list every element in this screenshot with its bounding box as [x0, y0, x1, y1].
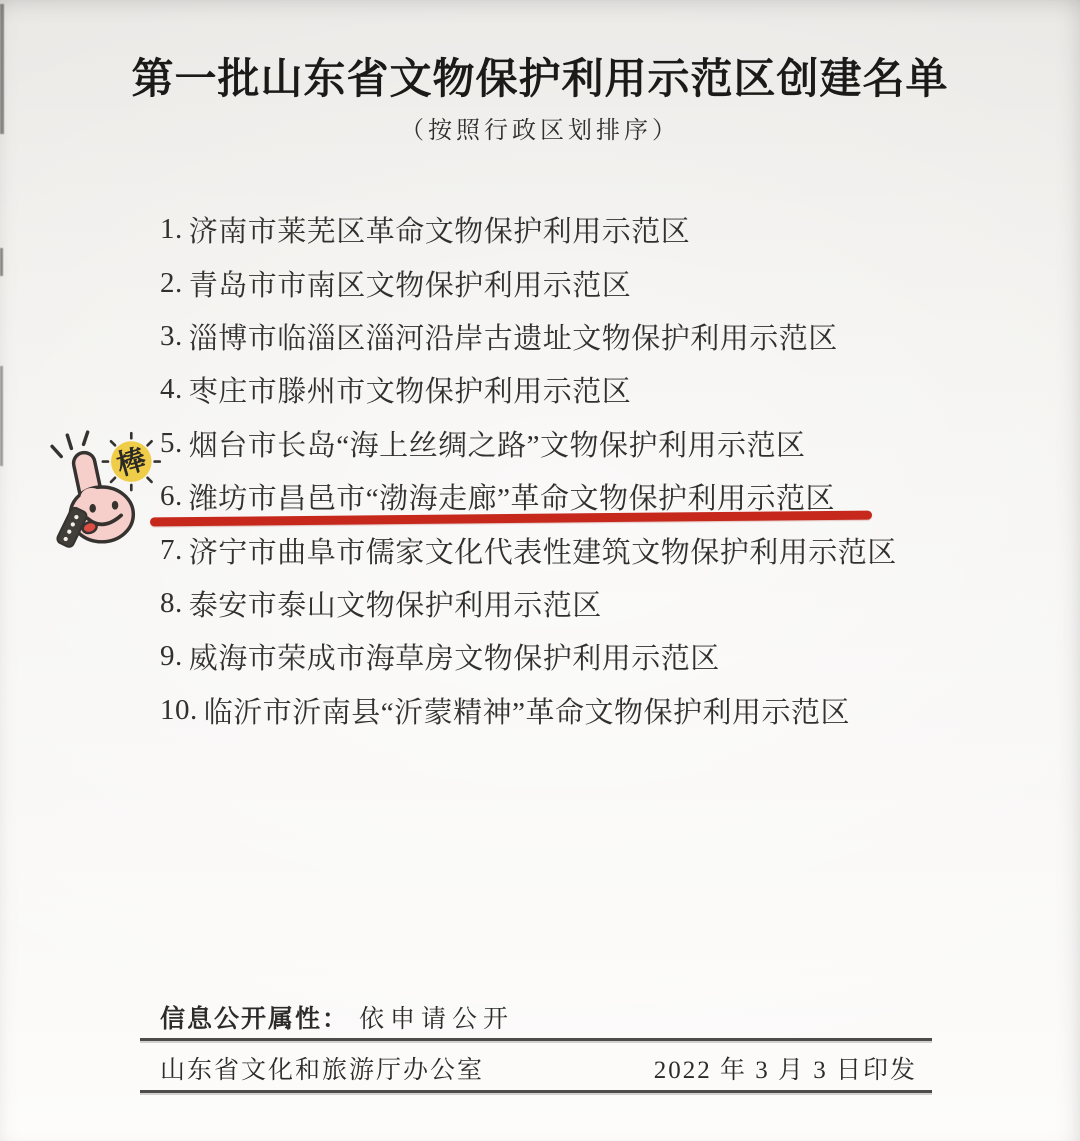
- item-text: 临沂市沂南县“沂蒙精神”革命文物保护利用示范区: [204, 690, 850, 731]
- emphasis-line-icon: [84, 432, 88, 444]
- item-text: 烟台市长岛“海上丝绸之路”文物保护利用示范区: [189, 423, 806, 464]
- item-text: 济宁市曲阜市儒家文化代表性建筑文物保护利用示范区: [189, 530, 897, 571]
- item-number: 8.: [160, 587, 183, 620]
- scan-edge-artifact: [0, 366, 3, 466]
- list-item: 2. 青岛市市南区文物保护利用示范区: [160, 256, 1020, 309]
- list-item: 1. 济南市莱芜区革命文物保护利用示范区: [160, 203, 1020, 256]
- list-item: 4. 枣庄市滕州市文物保护利用示范区: [160, 363, 1020, 416]
- page-title: 第一批山东省文物保护利用示范区创建名单: [0, 46, 1080, 106]
- document-page: 第一批山东省文物保护利用示范区创建名单 （按照行政区划排序） 1. 济南市莱芜区…: [0, 0, 1080, 1141]
- item-number: 2.: [160, 267, 183, 300]
- demo-zone-list: 1. 济南市莱芜区革命文物保护利用示范区 2. 青岛市市南区文物保护利用示范区 …: [160, 203, 1020, 737]
- item-number: 4.: [160, 373, 183, 406]
- emphasis-line-icon: [52, 446, 61, 456]
- item-number: 10.: [160, 694, 198, 727]
- emphasis-line-icon: [67, 435, 71, 448]
- list-item: 5. 烟台市长岛“海上丝绸之路”文物保护利用示范区: [160, 417, 1020, 470]
- issue-date: 2022 年 3 月 3 日印发: [654, 1050, 917, 1086]
- issuing-office: 山东省文化和旅游厅办公室: [160, 1050, 484, 1086]
- list-item: 8. 泰安市泰山文物保护利用示范区: [160, 577, 1020, 630]
- item-text: 枣庄市滕州市文物保护利用示范区: [189, 369, 632, 410]
- list-item: 10. 临沂市沂南县“沂蒙精神”革命文物保护利用示范区: [160, 684, 1020, 737]
- item-text: 青岛市市南区文物保护利用示范区: [189, 263, 632, 304]
- item-number: 1.: [160, 213, 183, 246]
- scan-edge-artifact: [0, 248, 3, 276]
- disclosure-label: 信息公开属性：: [160, 1006, 349, 1033]
- thumbs-up-sticker: 棒: [46, 428, 178, 550]
- page-subtitle: （按照行政区划排序）: [0, 110, 1080, 145]
- item-text: 济南市莱芜区革命文物保护利用示范区: [189, 209, 691, 250]
- list-item: 9. 威海市荣成市海草房文物保护利用示范区: [160, 630, 1020, 683]
- item-number: 3.: [160, 320, 183, 353]
- list-item: 3. 淄博市临淄区淄河沿岸古遗址文物保护利用示范区: [160, 310, 1020, 363]
- item-text: 泰安市泰山文物保护利用示范区: [189, 583, 602, 624]
- item-number: 9.: [160, 640, 183, 673]
- disclosure-line: 信息公开属性：依申请公开: [160, 999, 514, 1035]
- footer-rule-bottom: [140, 1090, 932, 1093]
- list-item: 7. 济宁市曲阜市儒家文化代表性建筑文物保护利用示范区: [160, 523, 1020, 576]
- item-text: 淄博市临淄区淄河沿岸古遗址文物保护利用示范区: [189, 316, 838, 357]
- disclosure-value: 依申请公开: [359, 1006, 514, 1033]
- footer-row: 山东省文化和旅游厅办公室 2022 年 3 月 3 日印发: [160, 1052, 917, 1084]
- item-text: 威海市荣成市海草房文物保护利用示范区: [189, 636, 720, 677]
- footer-rule-top: [140, 1038, 932, 1041]
